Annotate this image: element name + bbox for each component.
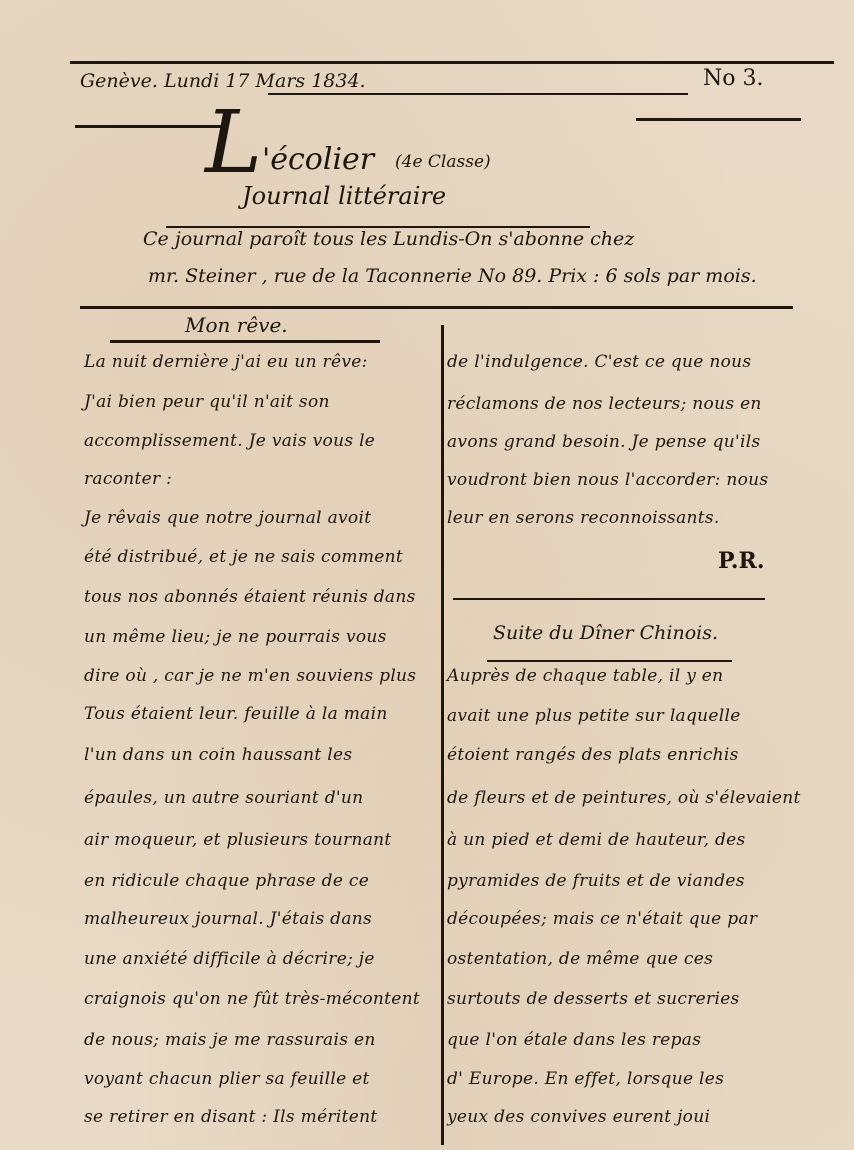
text-line: pyramides de fruits et de viandes	[447, 871, 745, 891]
masthead-class: (4e Classe)	[395, 152, 491, 172]
column-divider	[441, 325, 444, 1145]
text-line: de l'indulgence. C'est ce que nous	[447, 352, 751, 372]
text-line: un même lieu; je ne pourrais vous	[84, 627, 387, 647]
text-line: découpées; mais ce n'était que par	[447, 909, 757, 929]
text-line: se retirer en disant : Ils méritent	[84, 1107, 377, 1127]
signature: P.R.	[718, 548, 765, 574]
text-line: une anxiété difficile à décrire; je	[84, 949, 375, 969]
text-line: J'ai bien peur qu'il n'ait son	[84, 392, 330, 412]
text-line: craignois qu'on ne fût très-mécontent	[84, 989, 420, 1009]
notice-line-2: mr. Steiner , rue de la Taconnerie No 89…	[148, 265, 757, 287]
text-line: tous nos abonnés étaient réunis dans	[84, 587, 416, 607]
text-line: malheureux journal. J'étais dans	[84, 909, 372, 929]
dateline: Genève. Lundi 17 Mars 1834.	[80, 70, 366, 92]
text-line: La nuit dernière j'ai eu un rêve:	[84, 352, 368, 372]
text-line: air moqueur, et plusieurs tournant	[84, 830, 392, 850]
text-line: Auprès de chaque table, il y en	[447, 666, 723, 686]
text-line: que l'on étale dans les repas	[447, 1030, 701, 1050]
text-line: d' Europe. En effet, lorsque les	[447, 1069, 724, 1089]
top-rule	[70, 61, 834, 64]
text-line: de nous; mais je me rassurais en	[84, 1030, 376, 1050]
article-separator	[453, 598, 765, 600]
text-line: accomplissement. Je vais vous le	[84, 431, 375, 451]
text-line: épaules, un autre souriant d'un	[84, 788, 363, 808]
article-title-diner-chinois: Suite du Dîner Chinois.	[493, 622, 718, 644]
text-line: étoient rangés des plats enrichis	[447, 745, 739, 765]
header-rule-right	[268, 93, 688, 95]
header-rule-left	[75, 125, 225, 128]
text-line: leur en serons reconnoissants.	[447, 508, 720, 528]
title-underline	[110, 340, 380, 343]
issue-number: No 3.	[703, 66, 763, 91]
masthead-initial: L	[205, 100, 262, 186]
text-line: surtouts de desserts et sucreries	[447, 989, 740, 1009]
text-line: été distribué, et je ne sais comment	[84, 547, 403, 567]
text-line: en ridicule chaque phrase de ce	[84, 871, 369, 891]
text-line: voudront bien nous l'accorder: nous	[447, 470, 768, 490]
article-title-mon-reve: Mon rêve.	[185, 313, 288, 337]
text-line: dire où , car je ne m'en souviens plus	[84, 666, 416, 686]
text-line: yeux des convives eurent joui	[447, 1107, 710, 1127]
section-rule	[80, 306, 793, 309]
text-line: de fleurs et de peintures, où s'élevaien…	[447, 788, 801, 808]
text-line: voyant chacun plier sa feuille et	[84, 1069, 370, 1089]
text-line: à un pied et demi de hauteur, des	[447, 830, 746, 850]
text-line: Tous étaient leur. feuille à la main	[84, 704, 388, 724]
masthead-subtitle: Journal littéraire	[242, 182, 446, 210]
text-line: l'un dans un coin haussant les	[84, 745, 352, 765]
subtitle-underline	[487, 660, 732, 662]
manuscript-page: Genève. Lundi 17 Mars 1834. No 3. L 'éco…	[0, 0, 854, 1150]
text-line: réclamons de nos lecteurs; nous en	[447, 394, 762, 414]
text-line: avons grand besoin. Je pense qu'ils	[447, 432, 761, 452]
text-line: avait une plus petite sur laquelle	[447, 706, 741, 726]
text-line: Je rêvais que notre journal avoit	[84, 508, 371, 528]
text-line: raconter :	[84, 469, 172, 489]
masthead-title: 'écolier	[262, 142, 374, 177]
text-line: ostentation, de même que ces	[447, 949, 713, 969]
header-rule-far-right	[636, 118, 801, 121]
notice-line-1: Ce journal paroît tous les Lundis-On s'a…	[143, 228, 634, 250]
